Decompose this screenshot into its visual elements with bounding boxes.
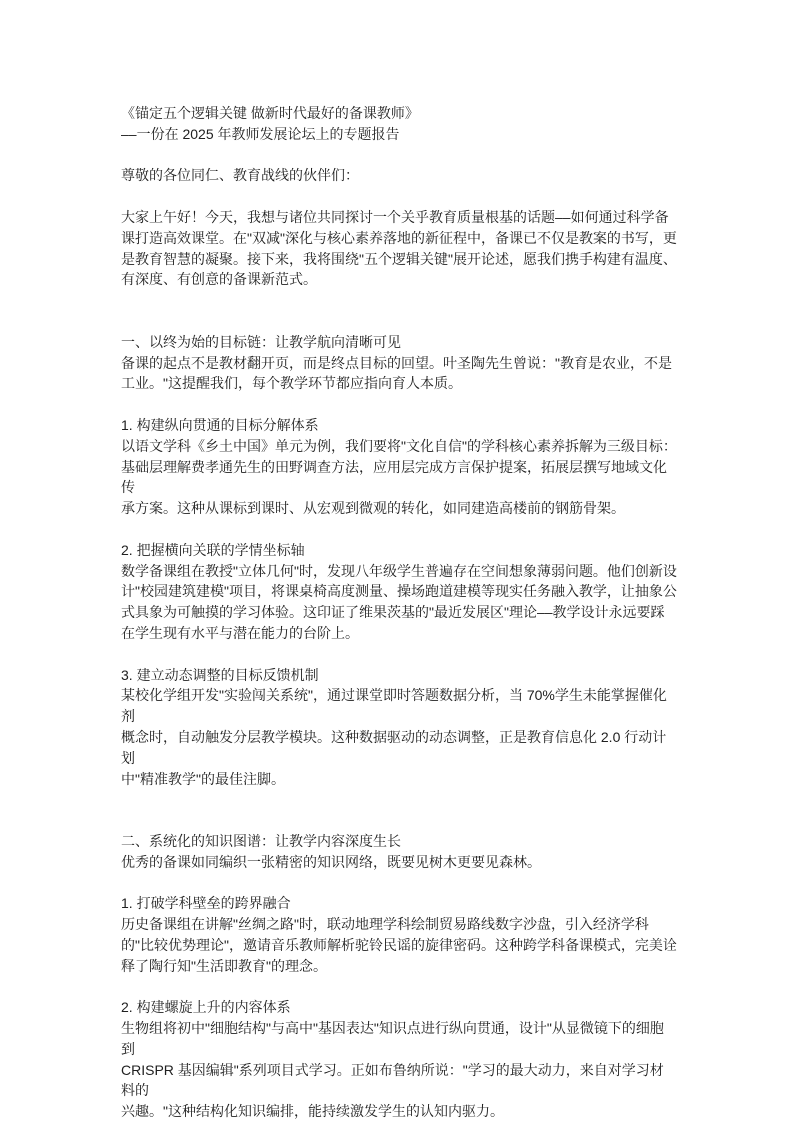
doc-greeting: 尊敬的各位同仁、教育战线的伙伴们： (121, 165, 677, 186)
doc-section-2: 二、系统化的知识图谱：让教学内容深度生长 优秀的备课如同编织一张精密的知识网络，… (121, 831, 677, 873)
doc-section-1: 一、以终为始的目标链：让教学航向清晰可见 备课的起点不是教材翻开页，而是终点目标… (121, 332, 677, 394)
doc-section-2-point-1: 1. 打破学科壁垒的跨界融合 历史备课组在讲解"丝绸之路"时，联动地理学科绘制贸… (121, 893, 677, 976)
doc-title-block: 《锚定五个逻辑关键 做新时代最好的备课教师》 ––一份在 2025 年教师发展论… (121, 103, 677, 145)
document-content: 《锚定五个逻辑关键 做新时代最好的备课教师》 ––一份在 2025 年教师发展论… (121, 103, 677, 1122)
doc-section-1-point-1: 1. 构建纵向贯通的目标分解体系 以语文学科《乡土中国》单元为例，我们要将"文化… (121, 415, 677, 519)
doc-intro-paragraph: 大家上午好！今天，我想与诸位共同探讨一个关乎教育质量根基的话题––如何通过科学备… (121, 207, 677, 290)
doc-section-1-point-3: 3. 建立动态调整的目标反馈机制 某校化学组开发"实验闯关系统"，通过课堂即时答… (121, 665, 677, 790)
doc-section-2-point-2: 2. 构建螺旋上升的内容体系 生物组将初中"细胞结构"与高中"基因表达"知识点进… (121, 997, 677, 1122)
doc-section-1-point-2: 2. 把握横向关联的学情坐标轴 数学备课组在教授"立体几何"时，发现八年级学生普… (121, 540, 677, 644)
document-page: 《锚定五个逻辑关键 做新时代最好的备课教师》 ––一份在 2025 年教师发展论… (0, 0, 793, 1122)
